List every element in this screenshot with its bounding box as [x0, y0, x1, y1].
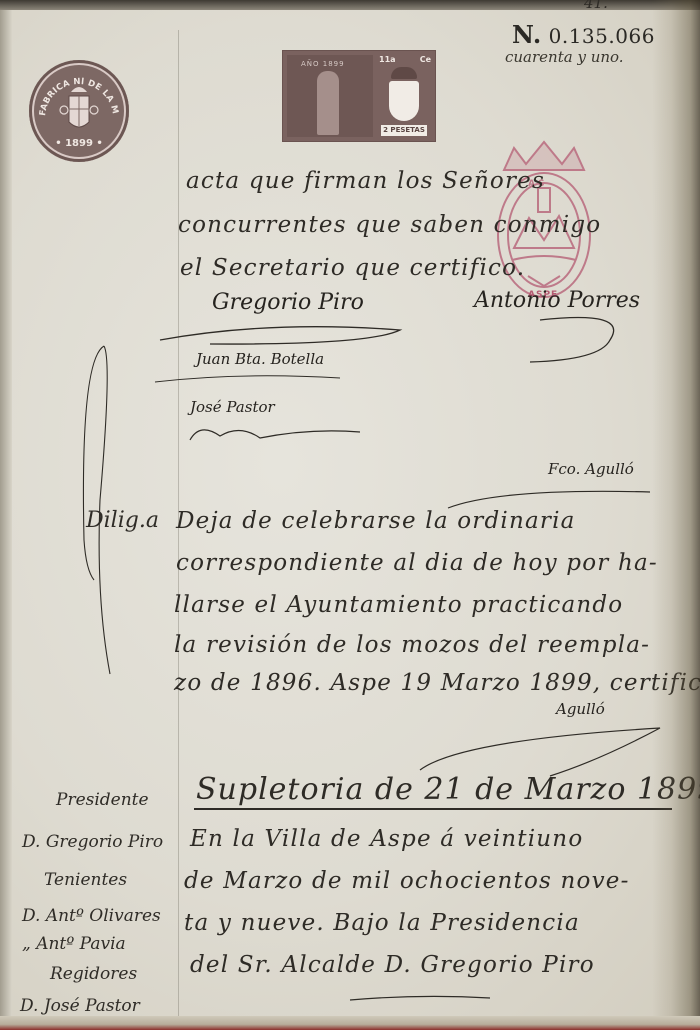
serial-value: 0.135.066	[549, 24, 655, 48]
folio-number: 41.	[584, 0, 608, 12]
session-heading: Supletoria de 21 de Marzo 1899.	[196, 772, 700, 807]
stamp-shield-panel: 11a Ce 2 PESETAS	[377, 55, 431, 137]
heading-underline	[194, 808, 672, 810]
stamp-class: 11a	[379, 55, 396, 64]
closing-line: acta que firman los Señores	[186, 168, 545, 194]
allegorical-figure-icon	[317, 71, 339, 135]
crown-icon	[391, 67, 417, 79]
serial-prefix: N.	[512, 20, 542, 49]
session-line: ta y nueve. Bajo la Presidencia	[184, 910, 580, 936]
stamp-allegory-panel: AÑO 1899	[287, 55, 373, 137]
margin-label-regidores: Regidores	[50, 964, 137, 984]
diligence-line: llarse el Ayuntamiento practicando	[174, 592, 623, 618]
margin-attendee: D. Gregorio Piro	[22, 832, 163, 852]
serial-number-words: cuarenta y uno.	[505, 48, 624, 66]
stamp-denomination: 2 PESETAS	[381, 125, 427, 136]
diligence-line: Deja de celebrarse la ordinaria	[176, 508, 576, 534]
signature-juan-botella: Juan Bta. Botella	[196, 350, 324, 368]
underline-flourish-icon	[340, 980, 520, 1010]
left-binding	[0, 10, 12, 1030]
diligence-margin-label: Dilig.a	[86, 508, 159, 533]
signature-flourish-icon	[400, 700, 680, 780]
margin-label-tenientes: Tenientes	[44, 870, 127, 890]
session-line: de Marzo de mil ochocientos nove-	[184, 868, 630, 894]
margin-attendee: D. José Pastor	[20, 996, 140, 1016]
page-bottom-edge	[0, 1016, 700, 1030]
tax-stamp: AÑO 1899 11a Ce 2 PESETAS	[282, 50, 436, 142]
stamp-year: AÑO 1899	[301, 60, 345, 68]
margin-attendee: „ Antº Pavia	[22, 934, 126, 954]
signature-underline-icon	[150, 370, 350, 390]
shield-icon	[389, 81, 419, 121]
signature-flourish-icon	[440, 480, 660, 510]
session-line: En la Villa de Aspe á veintiuno	[190, 826, 583, 852]
seal-year: • 1899 •	[29, 138, 129, 149]
margin-attendee: D. Antº Olivares	[22, 906, 161, 926]
margin-label-presidente: Presidente	[56, 790, 149, 810]
stamp-class-suffix: Ce	[420, 55, 431, 64]
signature-flourish-icon	[150, 300, 420, 350]
page-edge-shadow	[652, 0, 700, 1030]
diligence-line: zo de 1896. Aspe 19 Marzo 1899, certific…	[174, 670, 700, 696]
signature-fco-agullo: Fco. Agulló	[548, 460, 634, 478]
session-line: del Sr. Alcalde D. Gregorio Piro	[190, 952, 595, 978]
closing-line: concurrentes que saben conmigo	[178, 212, 601, 238]
diligence-line: correspondiente al dia de hoy por ha-	[176, 550, 658, 576]
document-page: 41. N. 0.135.066 cuarenta y uno. FABRICA…	[0, 0, 700, 1030]
closing-line: el Secretario que certifico.	[180, 255, 525, 281]
signature-flourish-icon	[520, 300, 640, 380]
serial-number: N. 0.135.066	[512, 20, 655, 49]
diligence-line: la revisión de los mozos del reempla-	[174, 632, 650, 658]
signature-jose-pastor: José Pastor	[190, 398, 275, 416]
embossed-seal: FABRICA Nl DE LA MONEDA Y TIMBRE • 1899 …	[29, 60, 129, 162]
signature-flourish-icon	[180, 418, 370, 448]
